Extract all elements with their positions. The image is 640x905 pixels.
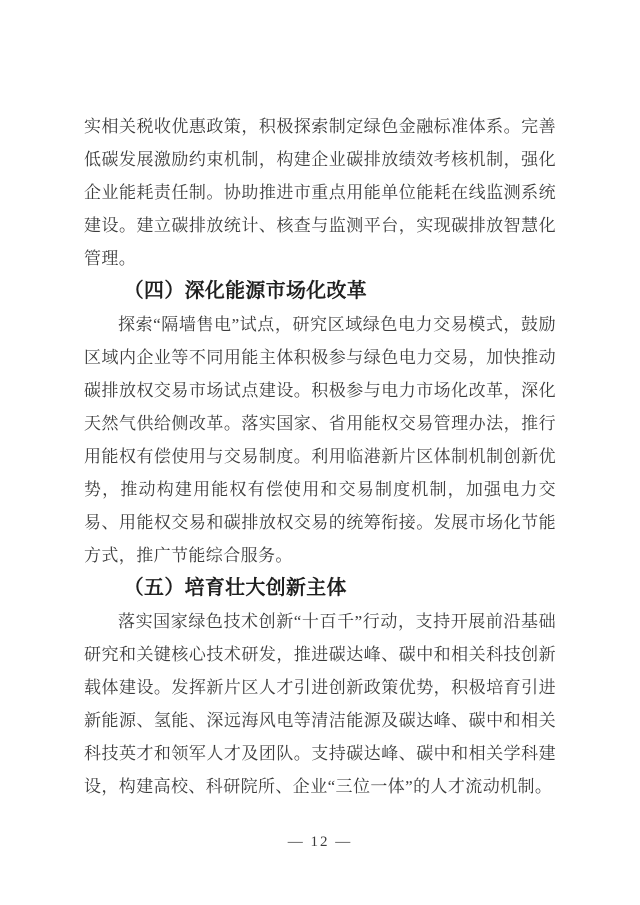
document-page: 实相关税收优惠政策，积极探索制定绿色金融标准体系。完善低碳发展激励约束机制，构建… [0,0,640,905]
section-body-4: 探索“隔墙售电”试点，研究区域绿色电力交易模式，鼓励区域内企业等不同用能主体积极… [84,308,556,572]
section-body-5: 落实国家绿色技术创新“十百千”行动，支持开展前沿基础研究和关键核心技术研发，推进… [84,605,556,803]
section-heading-4: （四）深化能源市场化改革 [84,275,556,308]
paragraph-continuation: 实相关税收优惠政策，积极探索制定绿色金融标准体系。完善低碳发展激励约束机制，构建… [84,110,556,275]
section-heading-5: （五）培育壮大创新主体 [84,572,556,605]
page-number: — 12 — [0,830,640,854]
document-body: 实相关税收优惠政策，积极探索制定绿色金融标准体系。完善低碳发展激励约束机制，构建… [84,110,556,803]
